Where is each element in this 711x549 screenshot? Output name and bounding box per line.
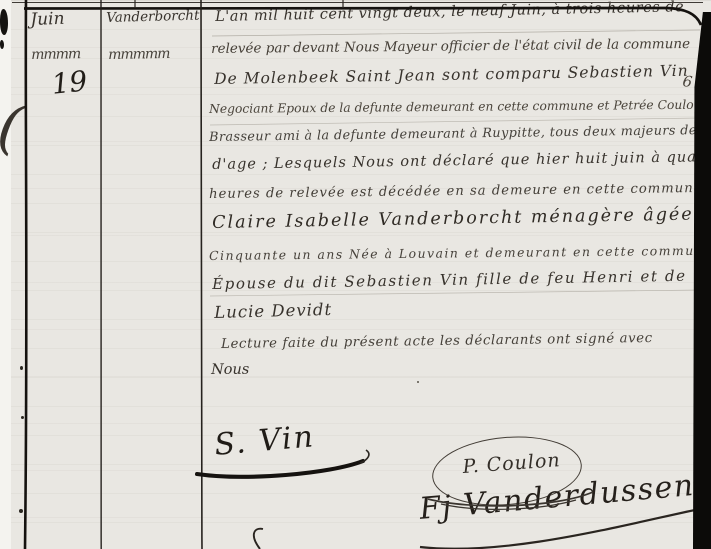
page-edge-shadow — [693, 12, 711, 549]
table-rules-and-flourishes — [0, 0, 711, 549]
scanned-death-record-page: Juin mmmm 19 ( Vanderborcht mmmmm L'an m… — [0, 0, 711, 549]
